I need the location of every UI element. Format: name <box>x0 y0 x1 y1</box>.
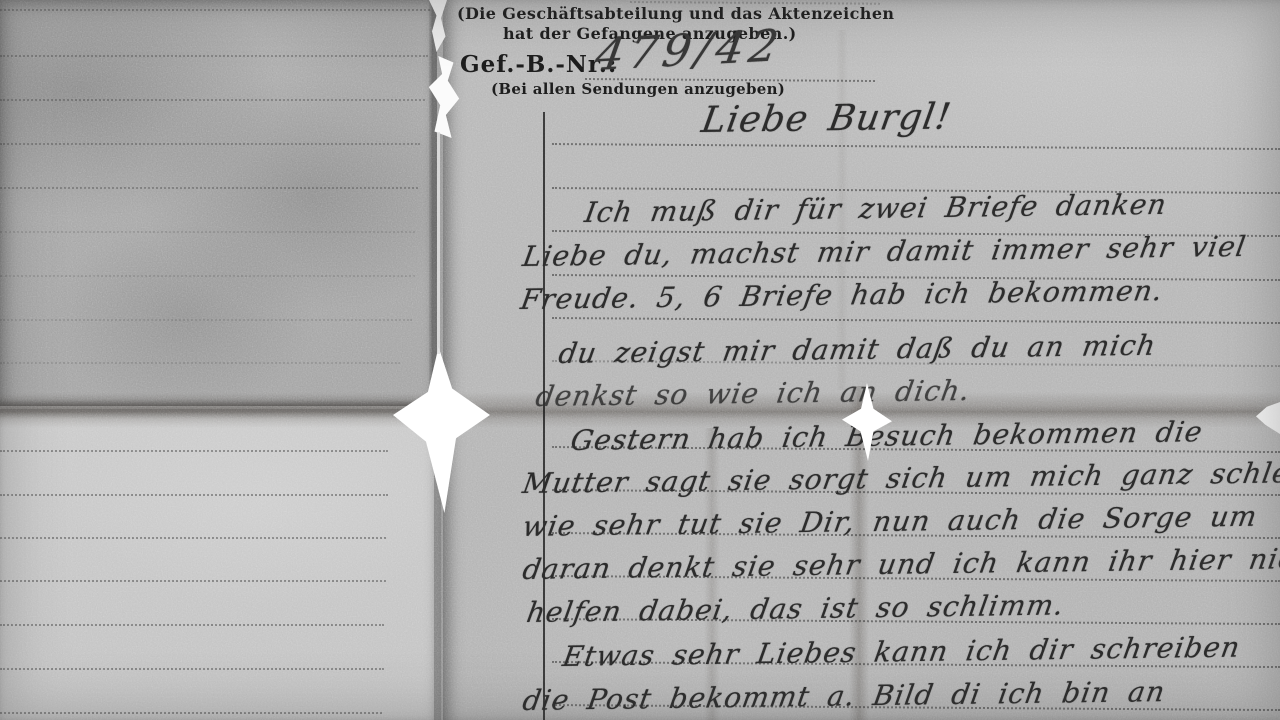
handwriting-line: denkst so wie ich an dich. <box>533 374 973 413</box>
ruled-line <box>0 712 382 714</box>
printed-note-line-1: (Die Geschäftsabteilung und das Aktenzei… <box>457 4 894 23</box>
ruled-line <box>0 537 386 539</box>
ruled-line <box>0 143 420 145</box>
ruled-line <box>0 668 384 670</box>
lower-left-page-panel <box>0 409 441 720</box>
prisoner-number-value: 479/42 <box>592 20 787 81</box>
letter-scan: (Die Geschäftsabteilung und das Aktenzei… <box>0 0 1280 720</box>
ruled-line <box>0 231 415 233</box>
letter-salutation: Liebe Burgl! <box>699 97 955 141</box>
ruled-line <box>0 362 400 364</box>
ruled-line <box>0 55 428 57</box>
margin-rule-line <box>543 112 545 720</box>
torn-edge-highlight <box>437 132 440 354</box>
upper-left-page-panel <box>0 0 437 406</box>
ruled-line <box>0 450 388 452</box>
ruled-line <box>0 99 425 101</box>
ruled-line <box>0 187 418 189</box>
fold-edge-shadow <box>429 0 436 404</box>
ruled-line <box>0 580 386 582</box>
ruled-line <box>0 624 384 626</box>
ruled-line <box>0 319 412 321</box>
printed-note-bottom: (Bei allen Sendungen anzugeben) <box>491 80 785 98</box>
ruled-line <box>0 494 388 496</box>
ruled-line <box>0 275 415 277</box>
ruled-line <box>0 9 430 11</box>
